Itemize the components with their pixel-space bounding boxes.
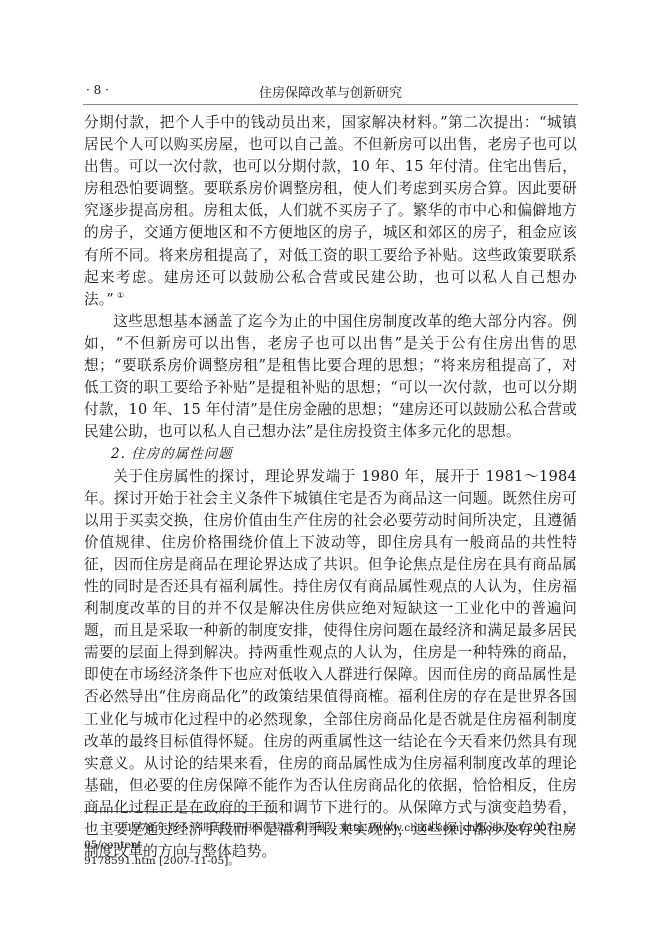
main-text: 分期付款，把个人手中的钱动员出来，国家解决材料。”第二次提出：“城镇居民个人可以… [84, 112, 577, 863]
section-heading: 2. 住房的属性问题 [84, 443, 577, 465]
paragraph-quote-continuation: 分期付款，把个人手中的钱动员出来，国家解决材料。”第二次提出：“城镇居民个人可以… [84, 112, 577, 311]
footnote-reference[interactable]: ① [117, 291, 124, 300]
footnote: ①《1978 年邓小平讲话拉开中国住房改革序幕》，http://www.chin… [84, 820, 577, 870]
footnote-line-1: ①《1978 年邓小平讲话拉开中国住房改革序幕》，http://www.chin… [84, 820, 577, 853]
running-title: 住房保障改革与创新研究 [83, 82, 578, 101]
paragraph-summary: 这些思想基本涵盖了迄今为止的中国住房制度改革的绝大部分内容。例如，“不但新房可以… [84, 311, 577, 444]
paragraph-text: 分期付款，把个人手中的钱动员出来，国家解决材料。”第二次提出：“城镇居民个人可以… [84, 114, 577, 308]
footnote-line-2: 9178591.htm [2007-11-05]。 [84, 853, 577, 870]
footnote-divider [84, 811, 278, 812]
paragraph-housing-attributes: 关于住房属性的探讨，理论界发端于 1980 年，展开于 1981～1984 年。… [84, 466, 577, 864]
page-header: · 8 · 住房保障改革与创新研究 [83, 80, 578, 105]
